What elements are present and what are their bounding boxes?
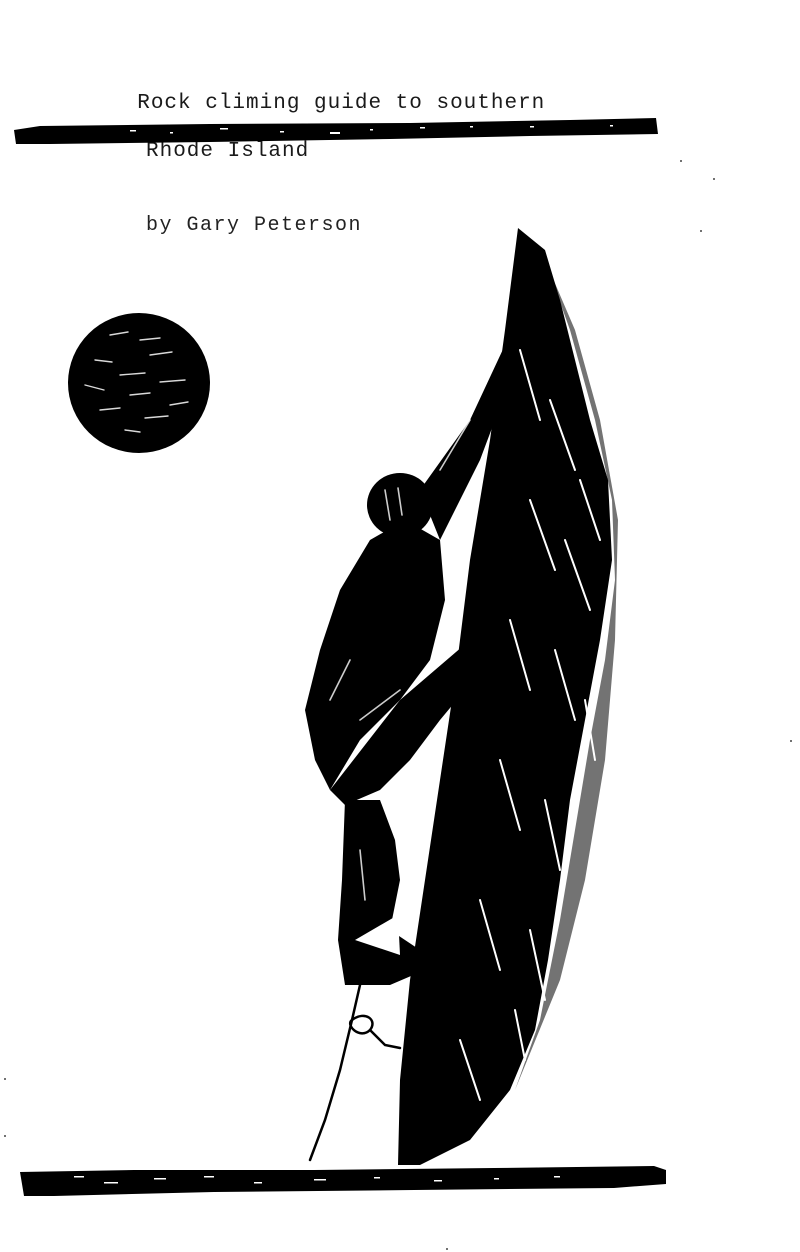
rope [310, 985, 400, 1160]
scan-speck [700, 230, 702, 232]
sun-disc-icon [68, 313, 210, 453]
scan-speck [446, 1248, 448, 1250]
scan-speck [790, 740, 792, 742]
scan-speck [713, 178, 715, 180]
scan-speck [680, 160, 682, 162]
scan-speck [4, 1078, 6, 1080]
bottom-rule [14, 1162, 674, 1202]
cover-illustration [0, 0, 800, 1252]
scan-speck [4, 1135, 6, 1137]
